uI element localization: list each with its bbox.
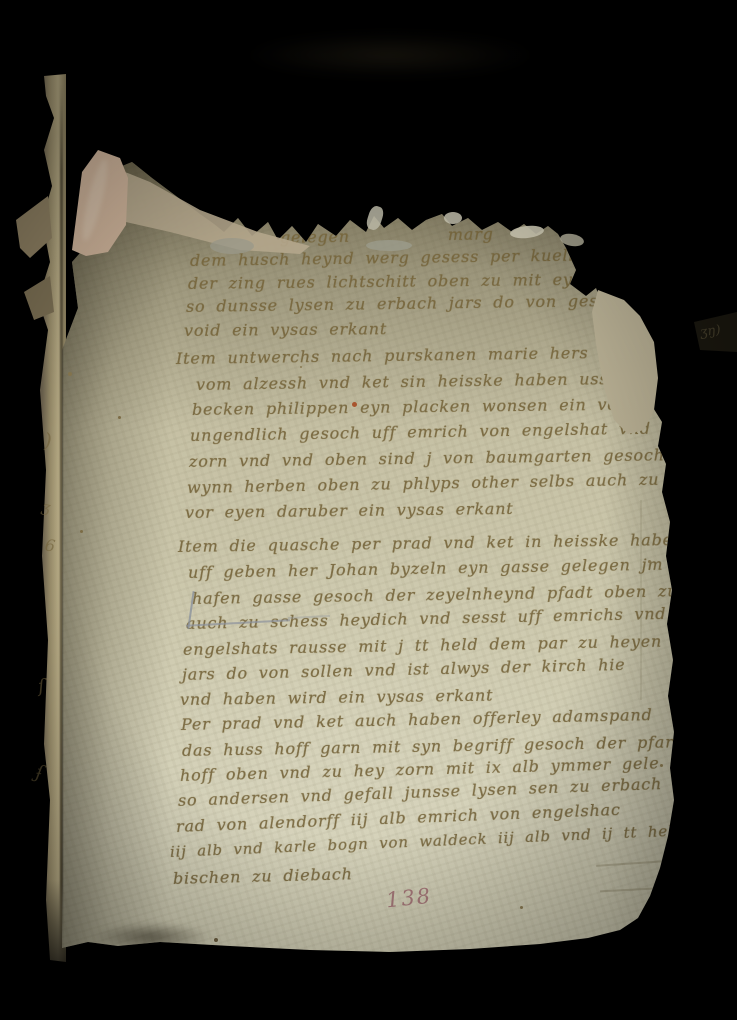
text-line: wynn herben oben zu phlyps other selbs a…	[187, 470, 660, 497]
text-line: vor eyen daruber ein vysas erkant	[185, 499, 514, 522]
text-line: so dunsse lysen zu erbach jars do von ge…	[186, 291, 642, 316]
text-line: Item die quasche per prad vnd ket in hei…	[178, 530, 684, 556]
edge-ink-fragment: ʒŋ)	[699, 323, 722, 341]
text-line: der zing rues lichtschitt oben zu mit ey…	[188, 270, 616, 293]
margin-ink-mark: )	[44, 428, 52, 452]
manuscript-page: gelegen marg dem husch heynd werg gesess…	[0, 0, 737, 1020]
foxing-spot	[68, 372, 72, 376]
shadowed-header-text	[245, 32, 535, 78]
foxing-spot	[118, 416, 121, 419]
text-line: auch zu schess heydich vnd sesst uff emr…	[186, 604, 667, 633]
tear-gray-deposit	[210, 238, 254, 254]
margin-ink-mark: ʄ	[34, 762, 44, 784]
text-line: jars do von sollen vnd ist alwys der kir…	[182, 655, 626, 684]
bottom-curl-shadow	[92, 922, 212, 952]
text-line: zorn vnd vnd oben sind j von baumgarten …	[189, 445, 665, 471]
paper-crease	[640, 500, 642, 700]
foxing-spot	[214, 938, 218, 942]
text-line: ungendlich gesoch uff emrich von engelsh…	[190, 419, 651, 445]
text-line: void ein vysas erkant	[184, 319, 387, 340]
text-line: Per prad vnd ket auch haben offerley ada…	[181, 705, 653, 734]
foxing-spot	[648, 560, 651, 563]
text-line: bischen zu diebach	[173, 864, 353, 888]
tear-gray-deposit	[366, 240, 412, 251]
text-line: hafen gasse gesoch der zeyelnheynd pfadt…	[192, 581, 679, 608]
text-line: becken philippen eyn placken wonsen ein …	[192, 395, 637, 419]
foxing-spot	[80, 530, 83, 533]
text-line: vnd haben wird ein vysas erkant	[180, 686, 494, 709]
paper-shred	[444, 212, 462, 224]
foxing-spot	[300, 366, 302, 368]
margin-ink-mark: ſ	[37, 676, 46, 698]
gutter-crease	[60, 84, 63, 952]
text-line: uff geben her Johan byzeln eyn gasse gel…	[188, 555, 664, 582]
paper-crease	[600, 886, 690, 892]
photo-background: ) ʒ 6 ſ ʄ gelegen marg dem husch heynd w…	[0, 0, 737, 1020]
page-number: 138	[385, 884, 433, 913]
foxing-spot	[660, 764, 663, 767]
foxing-spot	[520, 906, 523, 909]
wormhole-spot	[634, 934, 641, 941]
paper-crease	[596, 859, 680, 866]
ink-drop-spot	[352, 402, 357, 407]
